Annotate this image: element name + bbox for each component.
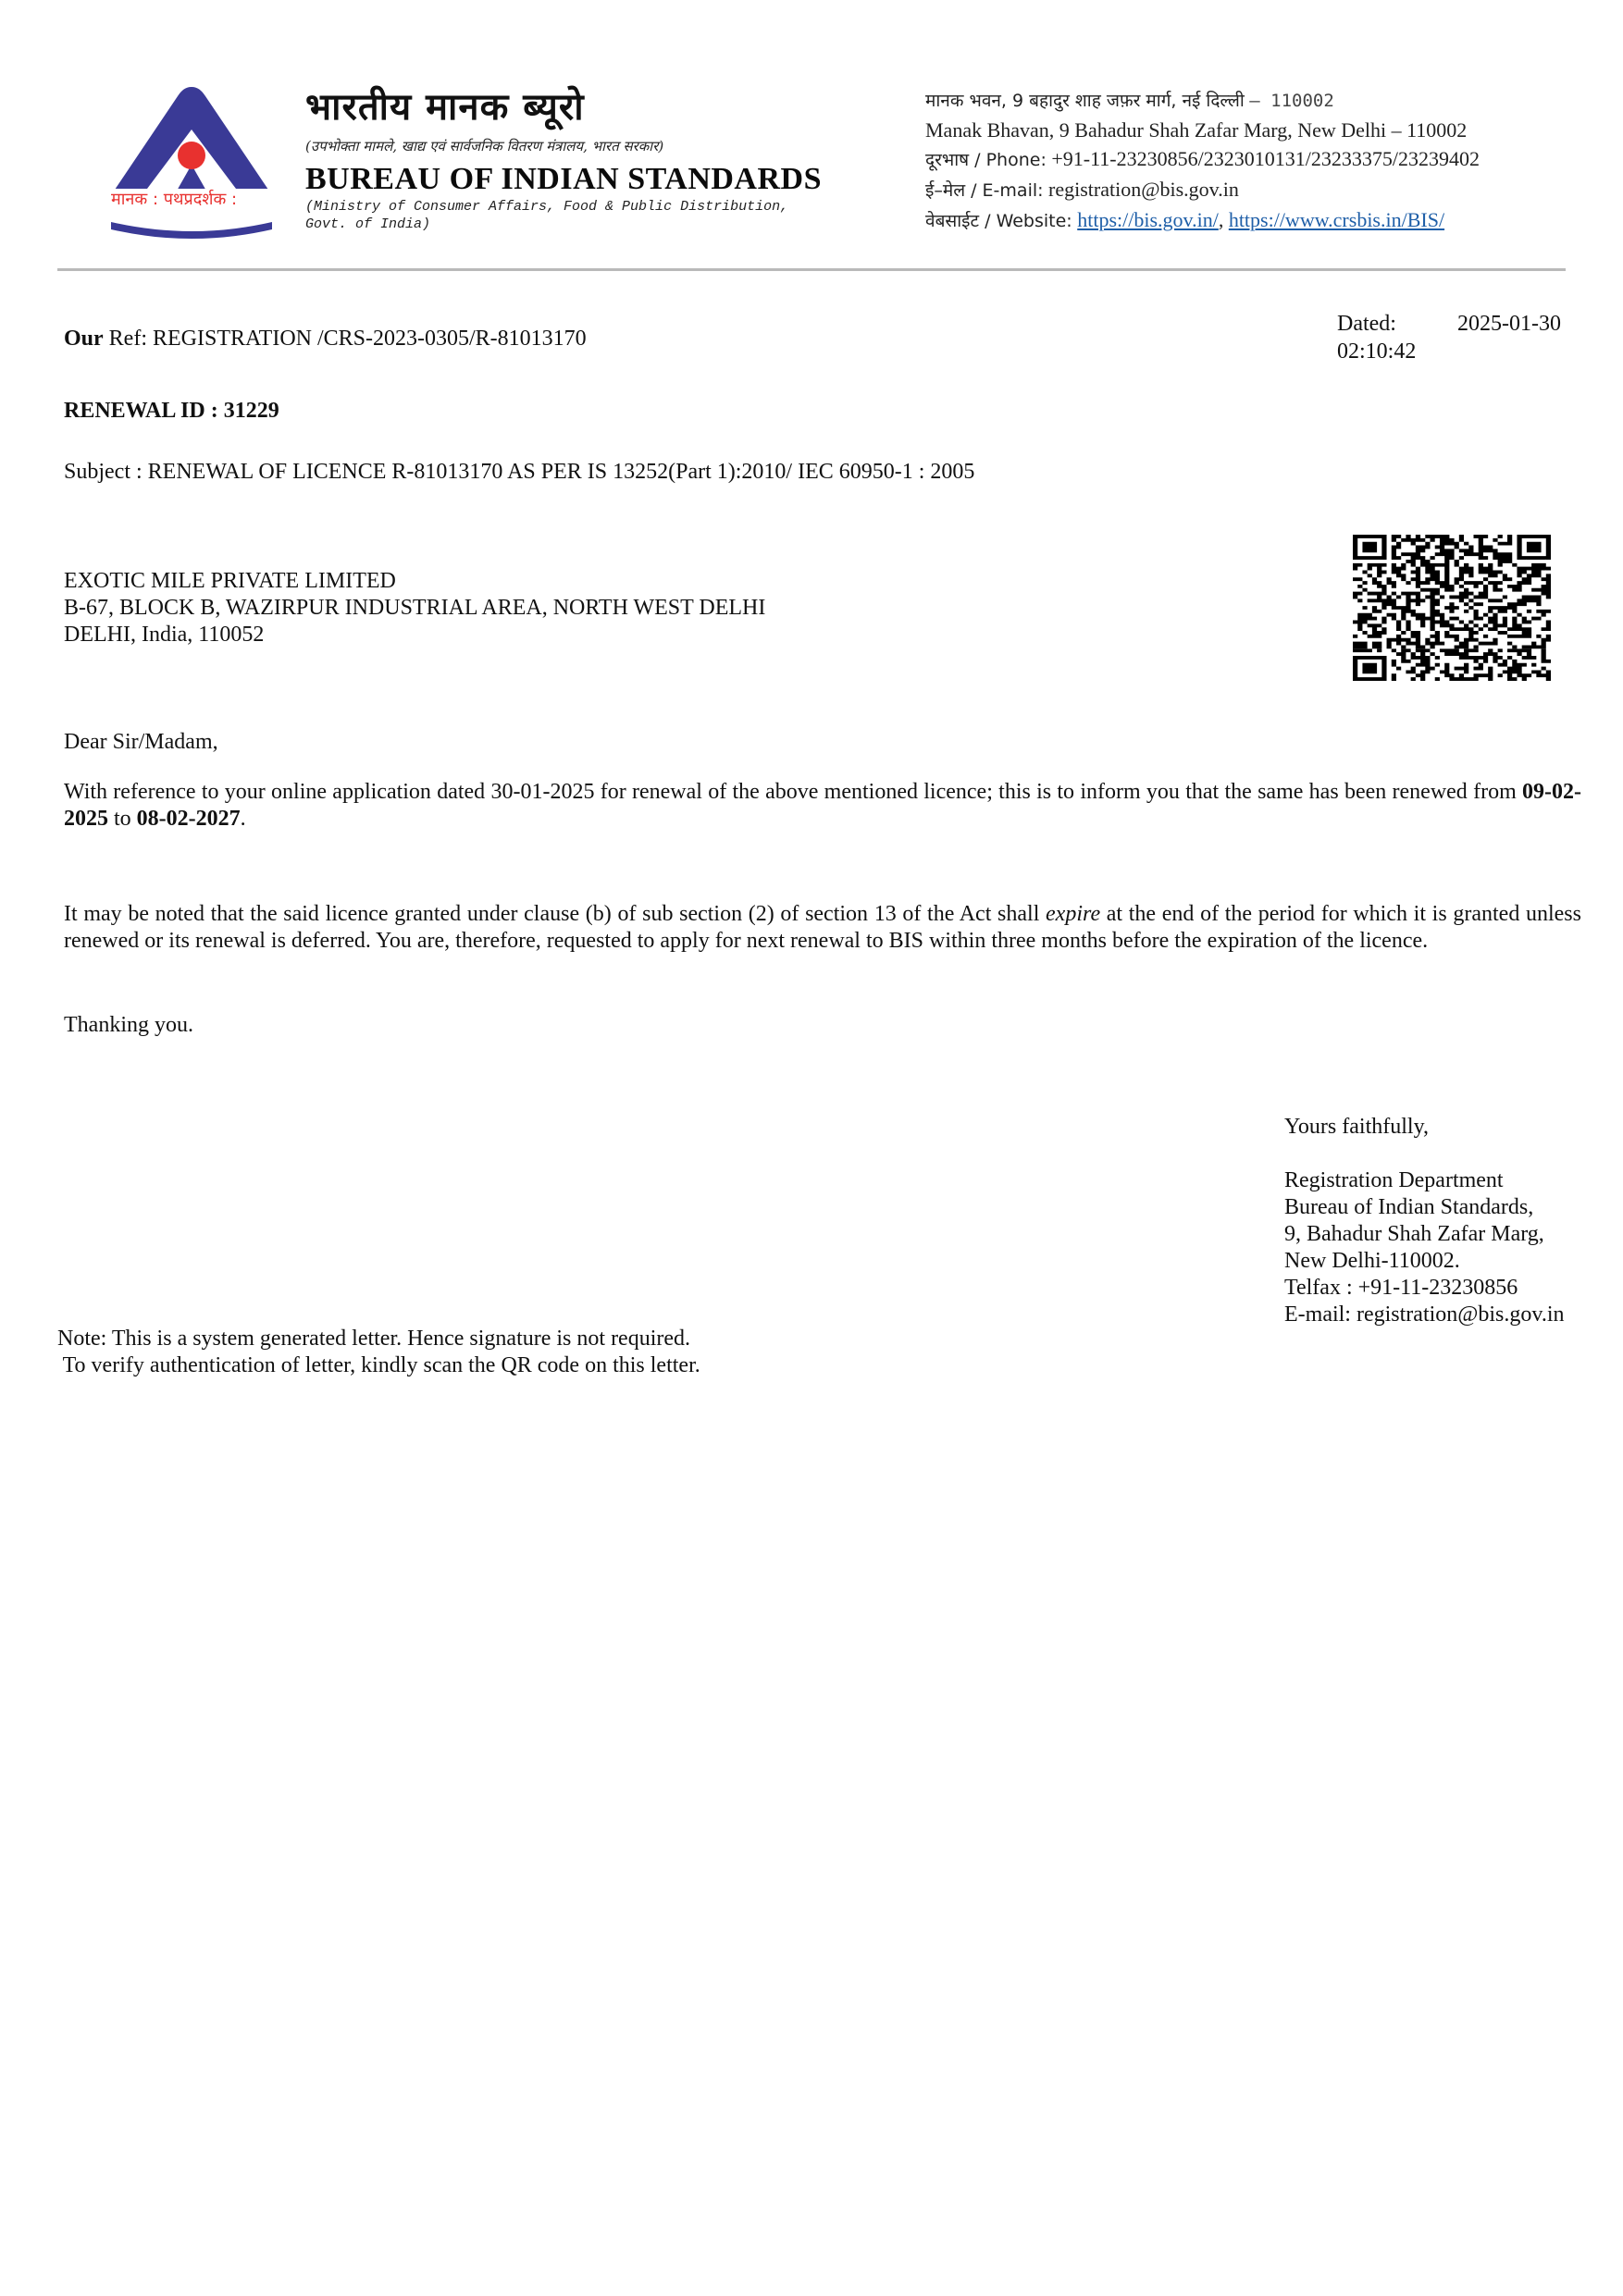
renewal-paragraph: With reference to your online applicatio… xyxy=(64,779,1581,833)
signature-block: Yours faithfully, Registration Departmen… xyxy=(1284,1114,1565,1328)
website-separator: , xyxy=(1219,208,1224,231)
address-hindi: मानक भवन, 9 बहादुर शाह जफ़र मार्ग, नई दि… xyxy=(925,91,1245,111)
renewal-to-date: 08-02-2027 xyxy=(137,807,241,831)
addressee-line2: DELHI, India, 110052 xyxy=(64,622,765,648)
address-hindi-pin: – 110002 xyxy=(1249,91,1334,111)
signature-email: E-mail: registration@bis.gov.in xyxy=(1284,1302,1565,1328)
signature-street: 9, Bahadur Shah Zafar Marg, xyxy=(1284,1221,1565,1248)
reference-number: Ref: REGISTRATION /CRS-2023-0305/R-81013… xyxy=(109,327,587,351)
contact-block: मानक भवन, 9 बहादुर शाह जफ़र मार्ग, नई दि… xyxy=(925,85,1480,236)
system-note: Note: This is a system generated letter.… xyxy=(57,1326,700,1379)
reference-label: Our xyxy=(64,327,104,351)
org-name-english: BUREAU OF INDIAN STANDARDS xyxy=(305,161,822,198)
expiry-paragraph-before: It may be noted that the said licence gr… xyxy=(64,902,1046,926)
website-label: वेबसाईट / Website: xyxy=(925,211,1072,231)
addressee-name: EXOTIC MILE PRIVATE LIMITED xyxy=(64,568,765,595)
dated-label: Dated: xyxy=(1337,311,1396,338)
phone-label: दूरभाष / Phone: xyxy=(925,150,1047,170)
renewal-to-word: to xyxy=(108,807,137,831)
valediction: Yours faithfully, xyxy=(1284,1114,1565,1141)
website-link-crsbis[interactable]: https://www.crsbis.in/BIS/ xyxy=(1229,208,1444,231)
email-label: ई–मेल / E-mail: xyxy=(925,180,1044,201)
dated-date: 2025-01-30 xyxy=(1457,311,1561,338)
renewal-paragraph-end: . xyxy=(241,807,246,831)
dated-time: 02:10:42 xyxy=(1337,339,1416,365)
ministry-hindi: (उपभोक्ता मामले, खाद्य एवं सार्वजनिक वित… xyxy=(305,137,663,155)
email-address: registration@bis.gov.in xyxy=(1048,178,1239,201)
bis-triangle-logo-icon xyxy=(104,81,279,241)
website-link-bis[interactable]: https://bis.gov.in/ xyxy=(1077,208,1219,231)
address-hindi-row: मानक भवन, 9 बहादुर शाह जफ़र मार्ग, नई दि… xyxy=(925,85,1480,116)
addressee-line1: B-67, BLOCK B, WAZIRPUR INDUSTRIAL AREA,… xyxy=(64,595,765,622)
signature-city: New Delhi-110002. xyxy=(1284,1248,1565,1275)
addressee-block: EXOTIC MILE PRIVATE LIMITED B-67, BLOCK … xyxy=(64,568,765,648)
reference-line: Our Ref: REGISTRATION /CRS-2023-0305/R-8… xyxy=(64,326,587,352)
address-english: Manak Bhavan, 9 Bahadur Shah Zafar Marg,… xyxy=(925,116,1480,144)
email-row: ई–मेल / E-mail: registration@bis.gov.in xyxy=(925,175,1480,205)
bis-logo: मानक : पथप्रदर्शक : xyxy=(104,81,279,241)
phone-row: दूरभाष / Phone: +91-11-23230856/23230101… xyxy=(925,144,1480,175)
ministry-english: (Ministry of Consumer Affairs, Food & Pu… xyxy=(305,198,788,233)
ministry-english-line1: (Ministry of Consumer Affairs, Food & Pu… xyxy=(305,199,788,215)
expiry-paragraph: It may be noted that the said licence gr… xyxy=(64,901,1581,955)
signature-dept: Registration Department xyxy=(1284,1167,1565,1194)
ministry-english-line2: Govt. of India) xyxy=(305,216,430,232)
note-line1: Note: This is a system generated letter.… xyxy=(57,1326,700,1352)
subject-line: Subject : RENEWAL OF LICENCE R-81013170 … xyxy=(64,459,974,486)
salutation: Dear Sir/Madam, xyxy=(64,729,218,756)
website-row: वेबसाईट / Website: https://bis.gov.in/, … xyxy=(925,205,1480,236)
header-divider xyxy=(57,268,1566,271)
renewal-id: RENEWAL ID : 31229 xyxy=(64,398,279,425)
expiry-paragraph-italic: expire xyxy=(1046,902,1100,926)
signature-telfax: Telfax : +91-11-23230856 xyxy=(1284,1275,1565,1302)
phone-numbers: +91-11-23230856/2323010131/23233375/2323… xyxy=(1051,147,1480,170)
logo-tagline: मानक : पथप्रदर्शक : xyxy=(111,189,237,211)
closing-line: Thanking you. xyxy=(64,1012,193,1039)
qr-code-icon[interactable] xyxy=(1353,535,1551,681)
org-name-hindi: भारतीय मानक ब्यूरो xyxy=(305,85,585,130)
signature-org: Bureau of Indian Standards, xyxy=(1284,1194,1565,1221)
note-line2: To verify authentication of letter, kind… xyxy=(57,1352,700,1379)
renewal-paragraph-text: With reference to your online applicatio… xyxy=(64,780,1522,804)
